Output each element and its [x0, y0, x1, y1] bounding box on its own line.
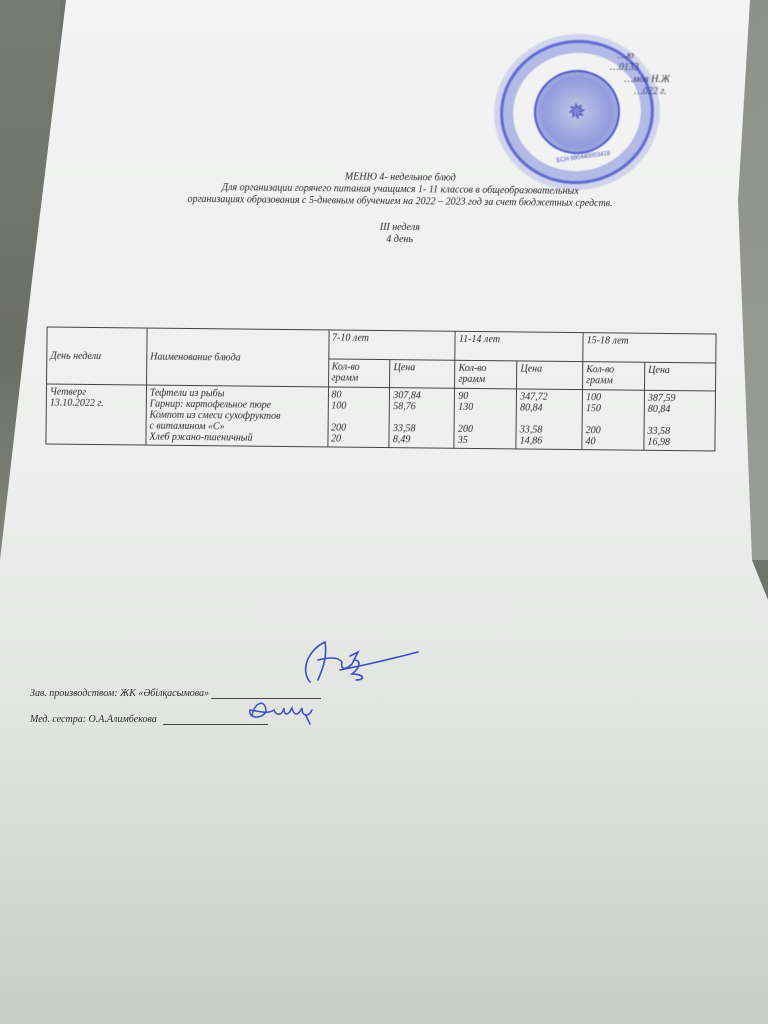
price-value: 387,59 [648, 393, 712, 405]
qty-value: 200 [458, 424, 513, 436]
qty-value [458, 413, 513, 425]
qty-value: 40 [586, 436, 641, 448]
qty-cell: 80100 20020 [327, 387, 390, 448]
age-group-header: 7-10 лет [328, 330, 455, 360]
sub-header-price: Цена [390, 360, 455, 389]
nurse-label: Мед. сестра: О.А.Алимбекова [30, 714, 157, 725]
price-value [648, 415, 712, 427]
dishes-cell: Тефтели из рыбы Гарнир: картофельное пюр… [146, 385, 328, 447]
qty-value: 130 [458, 402, 513, 414]
sub-header-qty: Кол-во грамм [455, 360, 517, 389]
qty-value: 200 [586, 425, 641, 437]
qty-value [331, 411, 386, 423]
price-value: 80,84 [520, 402, 579, 414]
signature-nurse-icon [240, 690, 330, 730]
sub-header-price: Цена [645, 362, 716, 391]
sub-header-price: Цена [517, 361, 583, 390]
price-value: 58,76 [393, 401, 451, 413]
price-cell: 347,7280,84 33,5814,86 [516, 389, 583, 450]
price-value: 80,84 [648, 404, 712, 416]
price-value: 33,58 [520, 424, 579, 436]
production-manager-label: Зав. производством: ЖК «Әбілқасымова» [30, 688, 209, 699]
day-cell: Четверг 13.10.2022 г. [46, 384, 146, 445]
qty-value: 20 [331, 433, 386, 445]
document-page [0, 0, 768, 1024]
price-value: 33,58 [393, 423, 451, 435]
dish: Хлеб ржано-пшеничный [149, 432, 324, 445]
price-cell: 387,5980,84 33,5816,98 [644, 390, 716, 451]
qty-value: 200 [331, 422, 386, 434]
table-header-row: День недели Наименование блюда 7-10 лет … [47, 327, 716, 363]
col-header-dish: Наименование блюда [146, 328, 328, 387]
qty-value [586, 414, 641, 426]
qty-value: 100 [331, 400, 386, 412]
price-value [393, 412, 451, 424]
price-value: 8,49 [393, 434, 451, 446]
emblem-icon: ✵ [529, 64, 626, 159]
qty-value: 100 [586, 392, 641, 404]
document-header: МЕНЮ 4- недельное блюд Для организации г… [120, 169, 681, 249]
price-value: 14,86 [520, 435, 579, 447]
qty-value: 35 [458, 435, 513, 447]
age-group-header: 15-18 лет [583, 333, 716, 363]
qty-value: 80 [331, 389, 386, 401]
qty-cell: 100150 20040 [582, 390, 645, 451]
price-value [520, 413, 579, 425]
sub-header-qty: Кол-во грамм [328, 359, 390, 388]
sub-header-qty: Кол-во грамм [583, 362, 645, 391]
price-value: 307,84 [393, 390, 451, 402]
qty-value: 90 [458, 391, 513, 403]
table-row: Четверг 13.10.2022 г. Тефтели из рыбы Га… [46, 384, 716, 451]
col-header-day: День недели [47, 327, 147, 385]
signature-production-icon [280, 630, 430, 690]
price-value: 33,58 [648, 426, 712, 438]
day-date: 13.10.2022 г. [50, 398, 143, 410]
price-cell: 307,8458,76 33,588,49 [389, 388, 455, 449]
age-group-header: 11-14 лет [455, 331, 583, 361]
price-value: 347,72 [520, 391, 579, 403]
price-value: 16,98 [647, 437, 711, 449]
menu-table: День недели Наименование блюда 7-10 лет … [45, 326, 716, 451]
qty-value: 150 [586, 403, 641, 415]
qty-cell: 90130 20035 [454, 388, 517, 449]
